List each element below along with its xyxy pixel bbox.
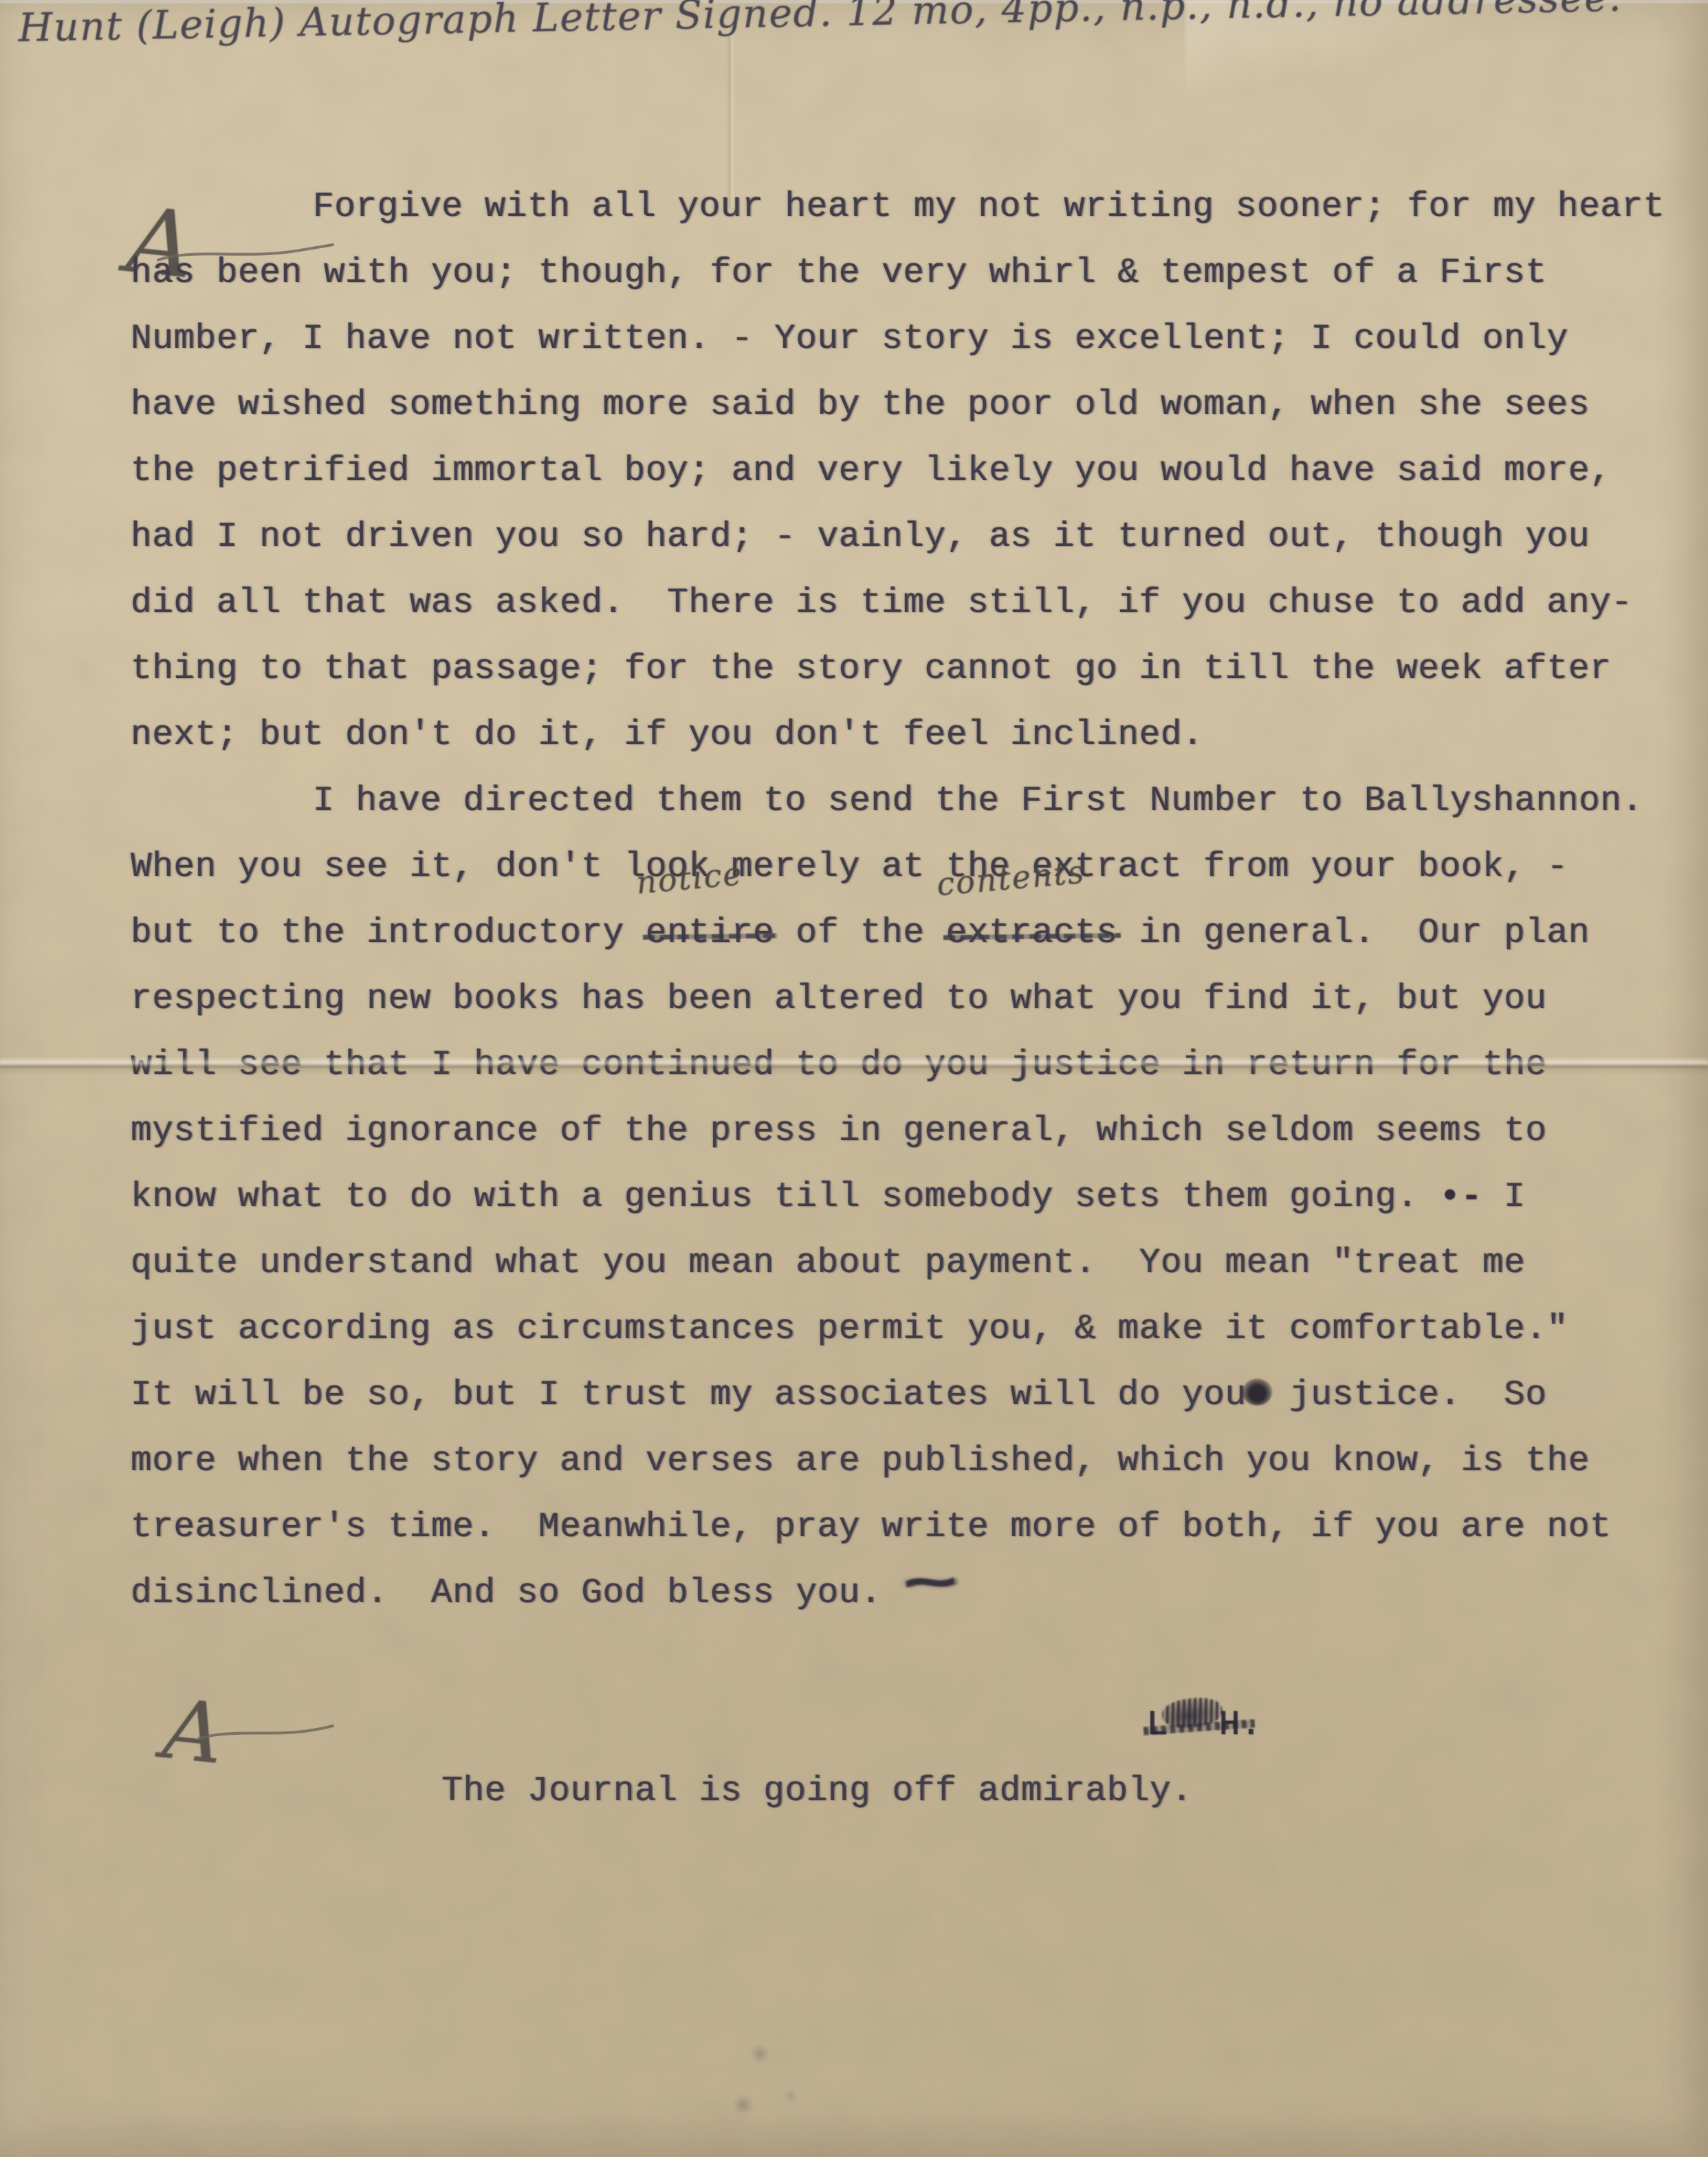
typed-line-3: Number, I have not written. - Your story… (131, 307, 1653, 373)
typed-text: in general. Our plan (1117, 914, 1590, 953)
typed-line-1: Forgive with all your heart my not writi… (131, 175, 1653, 241)
typed-text: I (1482, 1178, 1525, 1217)
typed-text: disinclined. And so God bless you. (131, 1574, 903, 1613)
correction: noticeentire (646, 901, 774, 967)
typed-text: justice. So (1268, 1376, 1547, 1415)
typed-text: next; but don't do it, if you don't feel… (131, 716, 1203, 755)
struck-word: extracts (946, 901, 1118, 967)
typed-text: When you see it, don't look merely at th… (131, 848, 1568, 887)
typed-line-13: respecting new books has been altered to… (131, 967, 1653, 1033)
typed-line-15: mystified ignorance of the press in gene… (131, 1099, 1653, 1165)
blot-mark: r (1247, 1376, 1268, 1415)
typed-text: quite understand what you mean about pay… (131, 1244, 1525, 1283)
typed-text: Number, I have not written. - Your story… (131, 320, 1568, 359)
signature-scribble: . (1168, 1693, 1218, 1759)
typed-text: of the (774, 914, 946, 953)
ink-smudge (732, 2096, 755, 2114)
signature: L.H. (1146, 1693, 1262, 1759)
typed-line-2: has been with you; though, for the very … (131, 241, 1653, 307)
pen-mark: •- (1440, 1178, 1482, 1217)
typed-text: know what to do with a genius till someb… (131, 1178, 1440, 1217)
typed-line-12: but to the introductory noticeentire of … (131, 901, 1653, 967)
typed-text: just according as circumstances permit y… (131, 1310, 1568, 1349)
typed-line-21: treasurer's time. Meanwhile, pray write … (131, 1495, 1653, 1561)
typed-text: I have directed them to send the First N… (313, 782, 1643, 821)
struck-word: entire (646, 901, 774, 967)
typed-text: have wished something more said by the p… (131, 386, 1590, 425)
correction: contentsextracts (946, 901, 1118, 967)
typed-line-9: next; but don't do it, if you don't feel… (131, 703, 1653, 769)
paragraph-caret-mark-postscript: A (160, 1689, 228, 1777)
typed-text: more when the story and verses are publi… (131, 1442, 1590, 1481)
typed-text: thing to that passage; for the story can… (131, 650, 1611, 689)
typed-line-6: had I not driven you so hard; - vainly, … (131, 505, 1653, 571)
typed-line-16: know what to do with a genius till someb… (131, 1165, 1653, 1231)
typed-text: treasurer's time. Meanwhile, pray write … (131, 1508, 1611, 1547)
typed-line-5: the petrified immortal boy; and very lik… (131, 439, 1653, 505)
ink-smudge (751, 2044, 769, 2064)
typed-line-8: thing to that passage; for the story can… (131, 637, 1653, 703)
typed-line-11: When you see it, don't look merely at th… (131, 835, 1653, 901)
typed-text: did all that was asked. There is time st… (131, 584, 1632, 623)
typed-line-17: quite understand what you mean about pay… (131, 1231, 1653, 1297)
postscript-line: The Journal is going off admirably. (131, 1693, 1653, 1759)
letter-page: Hunt (Leigh) Autograph Letter Signed. 12… (0, 0, 1708, 2157)
typed-line-10: I have directed them to send the First N… (131, 769, 1653, 835)
typed-line-18: just according as circumstances permit y… (131, 1297, 1653, 1363)
typed-line-22: disinclined. And so God bless you. ~ (131, 1561, 1653, 1627)
typed-text: but to the introductory (131, 914, 646, 953)
signature-initial-h: H. (1218, 1706, 1261, 1745)
typed-lines: Forgive with all your heart my not writi… (131, 175, 1653, 1627)
typed-text: It will be so, but I trust my associates… (131, 1376, 1247, 1415)
typed-text: had I not driven you so hard; - vainly, … (131, 518, 1590, 557)
typed-line-19: It will be so, but I trust my associates… (131, 1363, 1653, 1429)
typed-line-7: did all that was asked. There is time st… (131, 571, 1653, 637)
postscript-text: The Journal is going off admirably. (441, 1772, 1192, 1811)
fold-crease (0, 1057, 1708, 1075)
typed-line-4: have wished something more said by the p… (131, 373, 1653, 439)
typed-text: Forgive with all your heart my not writi… (313, 188, 1665, 227)
signature-line: L.H. (131, 1627, 1653, 1693)
typed-text: the petrified immortal boy; and very lik… (131, 452, 1611, 491)
typed-letter-body: Forgive with all your heart my not writi… (131, 175, 1653, 1759)
typed-text: has been with you; though, for the very … (131, 254, 1547, 293)
typed-line-20: more when the story and verses are publi… (131, 1429, 1653, 1495)
ink-smudge (784, 2090, 798, 2101)
typed-text: mystified ignorance of the press in gene… (131, 1112, 1547, 1151)
typed-text: respecting new books has been altered to… (131, 980, 1547, 1019)
